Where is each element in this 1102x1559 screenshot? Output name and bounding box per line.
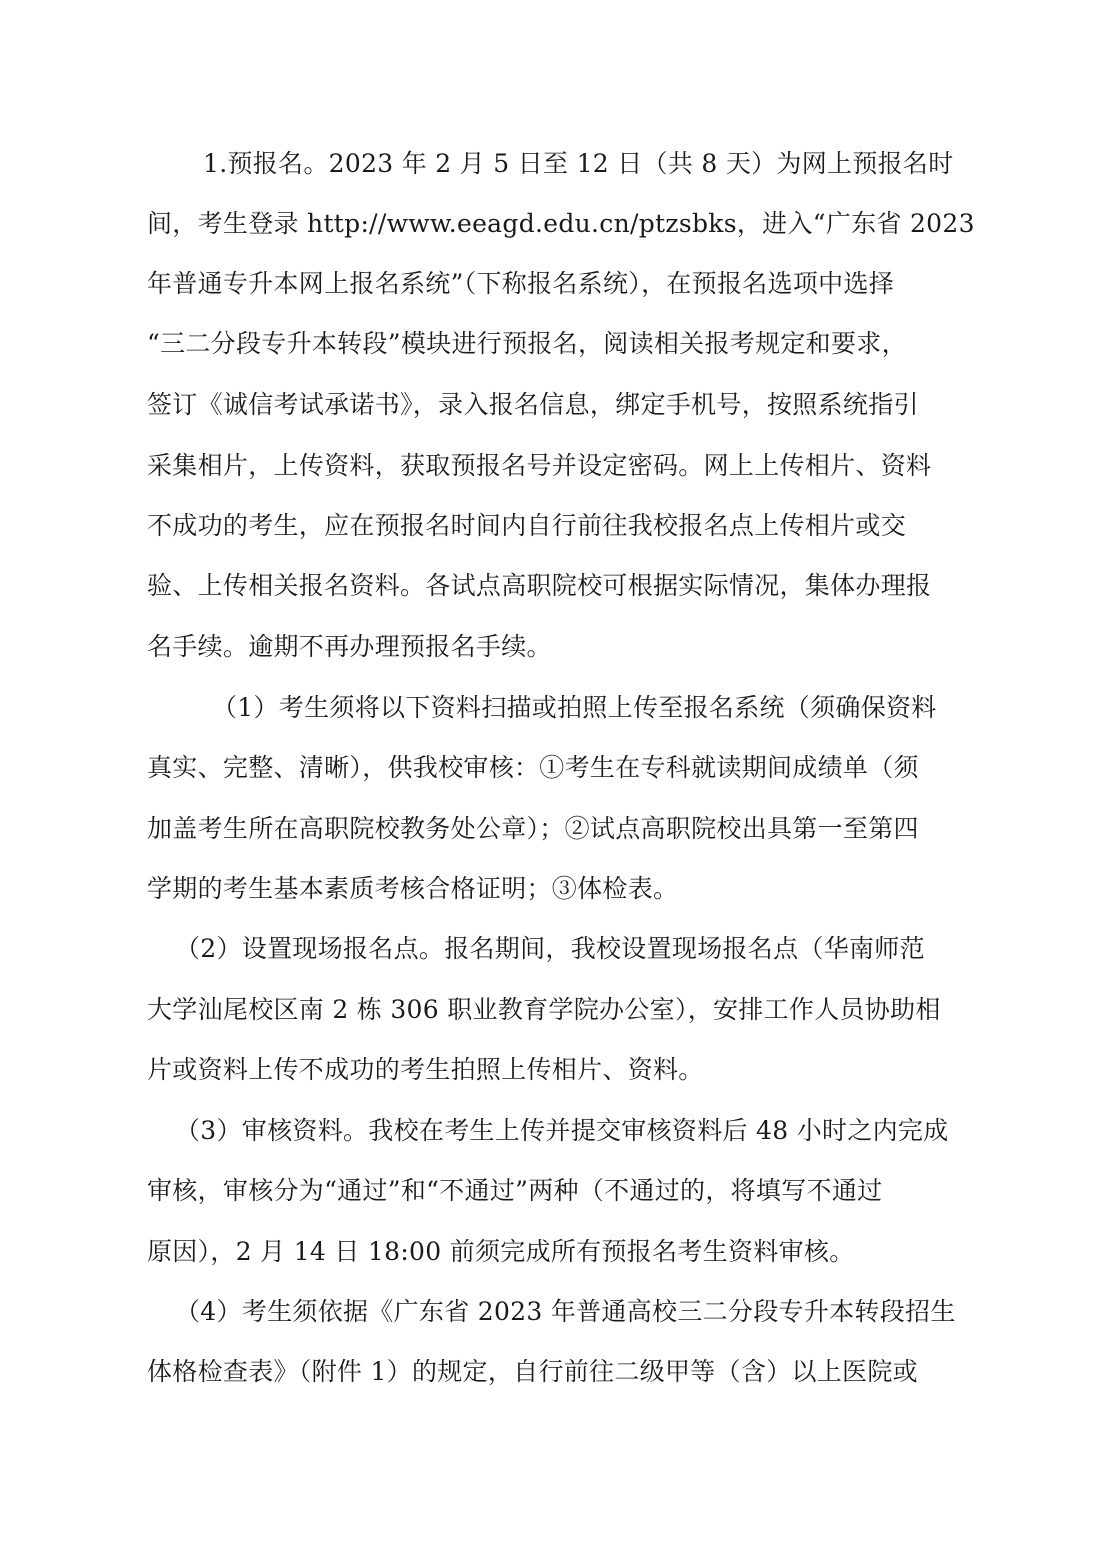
text-line: 审核，审核分为“通过”和“不通过”两种（不通过的，将填写不通过 — [147, 1171, 882, 1211]
text-line: “三二分段专升本转段”模块进行预报名，阅读相关报考规定和要求， — [147, 324, 907, 364]
text-line: 名手续。逾期不再办理预报名手续。 — [147, 627, 552, 667]
text-line: 体格检查表》（附件 1）的规定，自行前往二级甲等（含）以上医院或 — [147, 1352, 918, 1392]
text-line: （1）考生须将以下资料扫描或拍照上传至报名系统（须确保资料 — [212, 688, 937, 728]
text-line: 采集相片，上传资料，获取预报名号并设定密码。网上上传相片、资料 — [147, 446, 931, 486]
text-line: 不成功的考生，应在预报名时间内自行前往我校报名点上传相片或交 — [147, 506, 906, 546]
document-page: 1.预报名。2023 年 2 月 5 日至 12 日（共 8 天）为网上预报名时… — [0, 0, 1102, 1559]
text-line: 加盖考生所在高职院校教务处公章）；②试点高职院校出具第一至第四 — [147, 809, 919, 849]
text-line: 原因），2 月 14 日 18:00 前须完成所有预报名考生资料审核。 — [147, 1232, 855, 1272]
text-line: （4）考生须依据《广东省 2023 年普通高校三二分段专升本转段招生 — [175, 1292, 956, 1332]
text-line: 学期的考生基本素质考核合格证明；③体检表。 — [147, 869, 678, 909]
text-line: 验、上传相关报名资料。各试点高职院校可根据实际情况，集体办理报 — [147, 566, 931, 606]
text-line: 间，考生登录 http://www.eeagd.edu.cn/ptzsbks，进… — [147, 204, 975, 244]
text-line: 片或资料上传不成功的考生拍照上传相片、资料。 — [147, 1050, 704, 1090]
text-line: 签订《诚信考试承诺书》，录入报名信息，绑定手机号，按照系统指引 — [147, 385, 919, 425]
text-line: 真实、完整、清晰），供我校审核：①考生在专科就读期间成绩单（须 — [147, 748, 919, 788]
text-line: 年普通专升本网上报名系统”（下称报名系统），在预报名选项中选择 — [147, 264, 894, 304]
text-line: 1.预报名。2023 年 2 月 5 日至 12 日（共 8 天）为网上预报名时 — [203, 144, 954, 184]
text-line: （3）审核资料。我校在考生上传并提交审核资料后 48 小时之内完成 — [175, 1111, 949, 1151]
text-line: 大学汕尾校区南 2 栋 306 职业教育学院办公室），安排工作人员协助相 — [147, 990, 941, 1030]
text-line: （2）设置现场报名点。报名期间，我校设置现场报名点（华南师范 — [175, 929, 925, 969]
